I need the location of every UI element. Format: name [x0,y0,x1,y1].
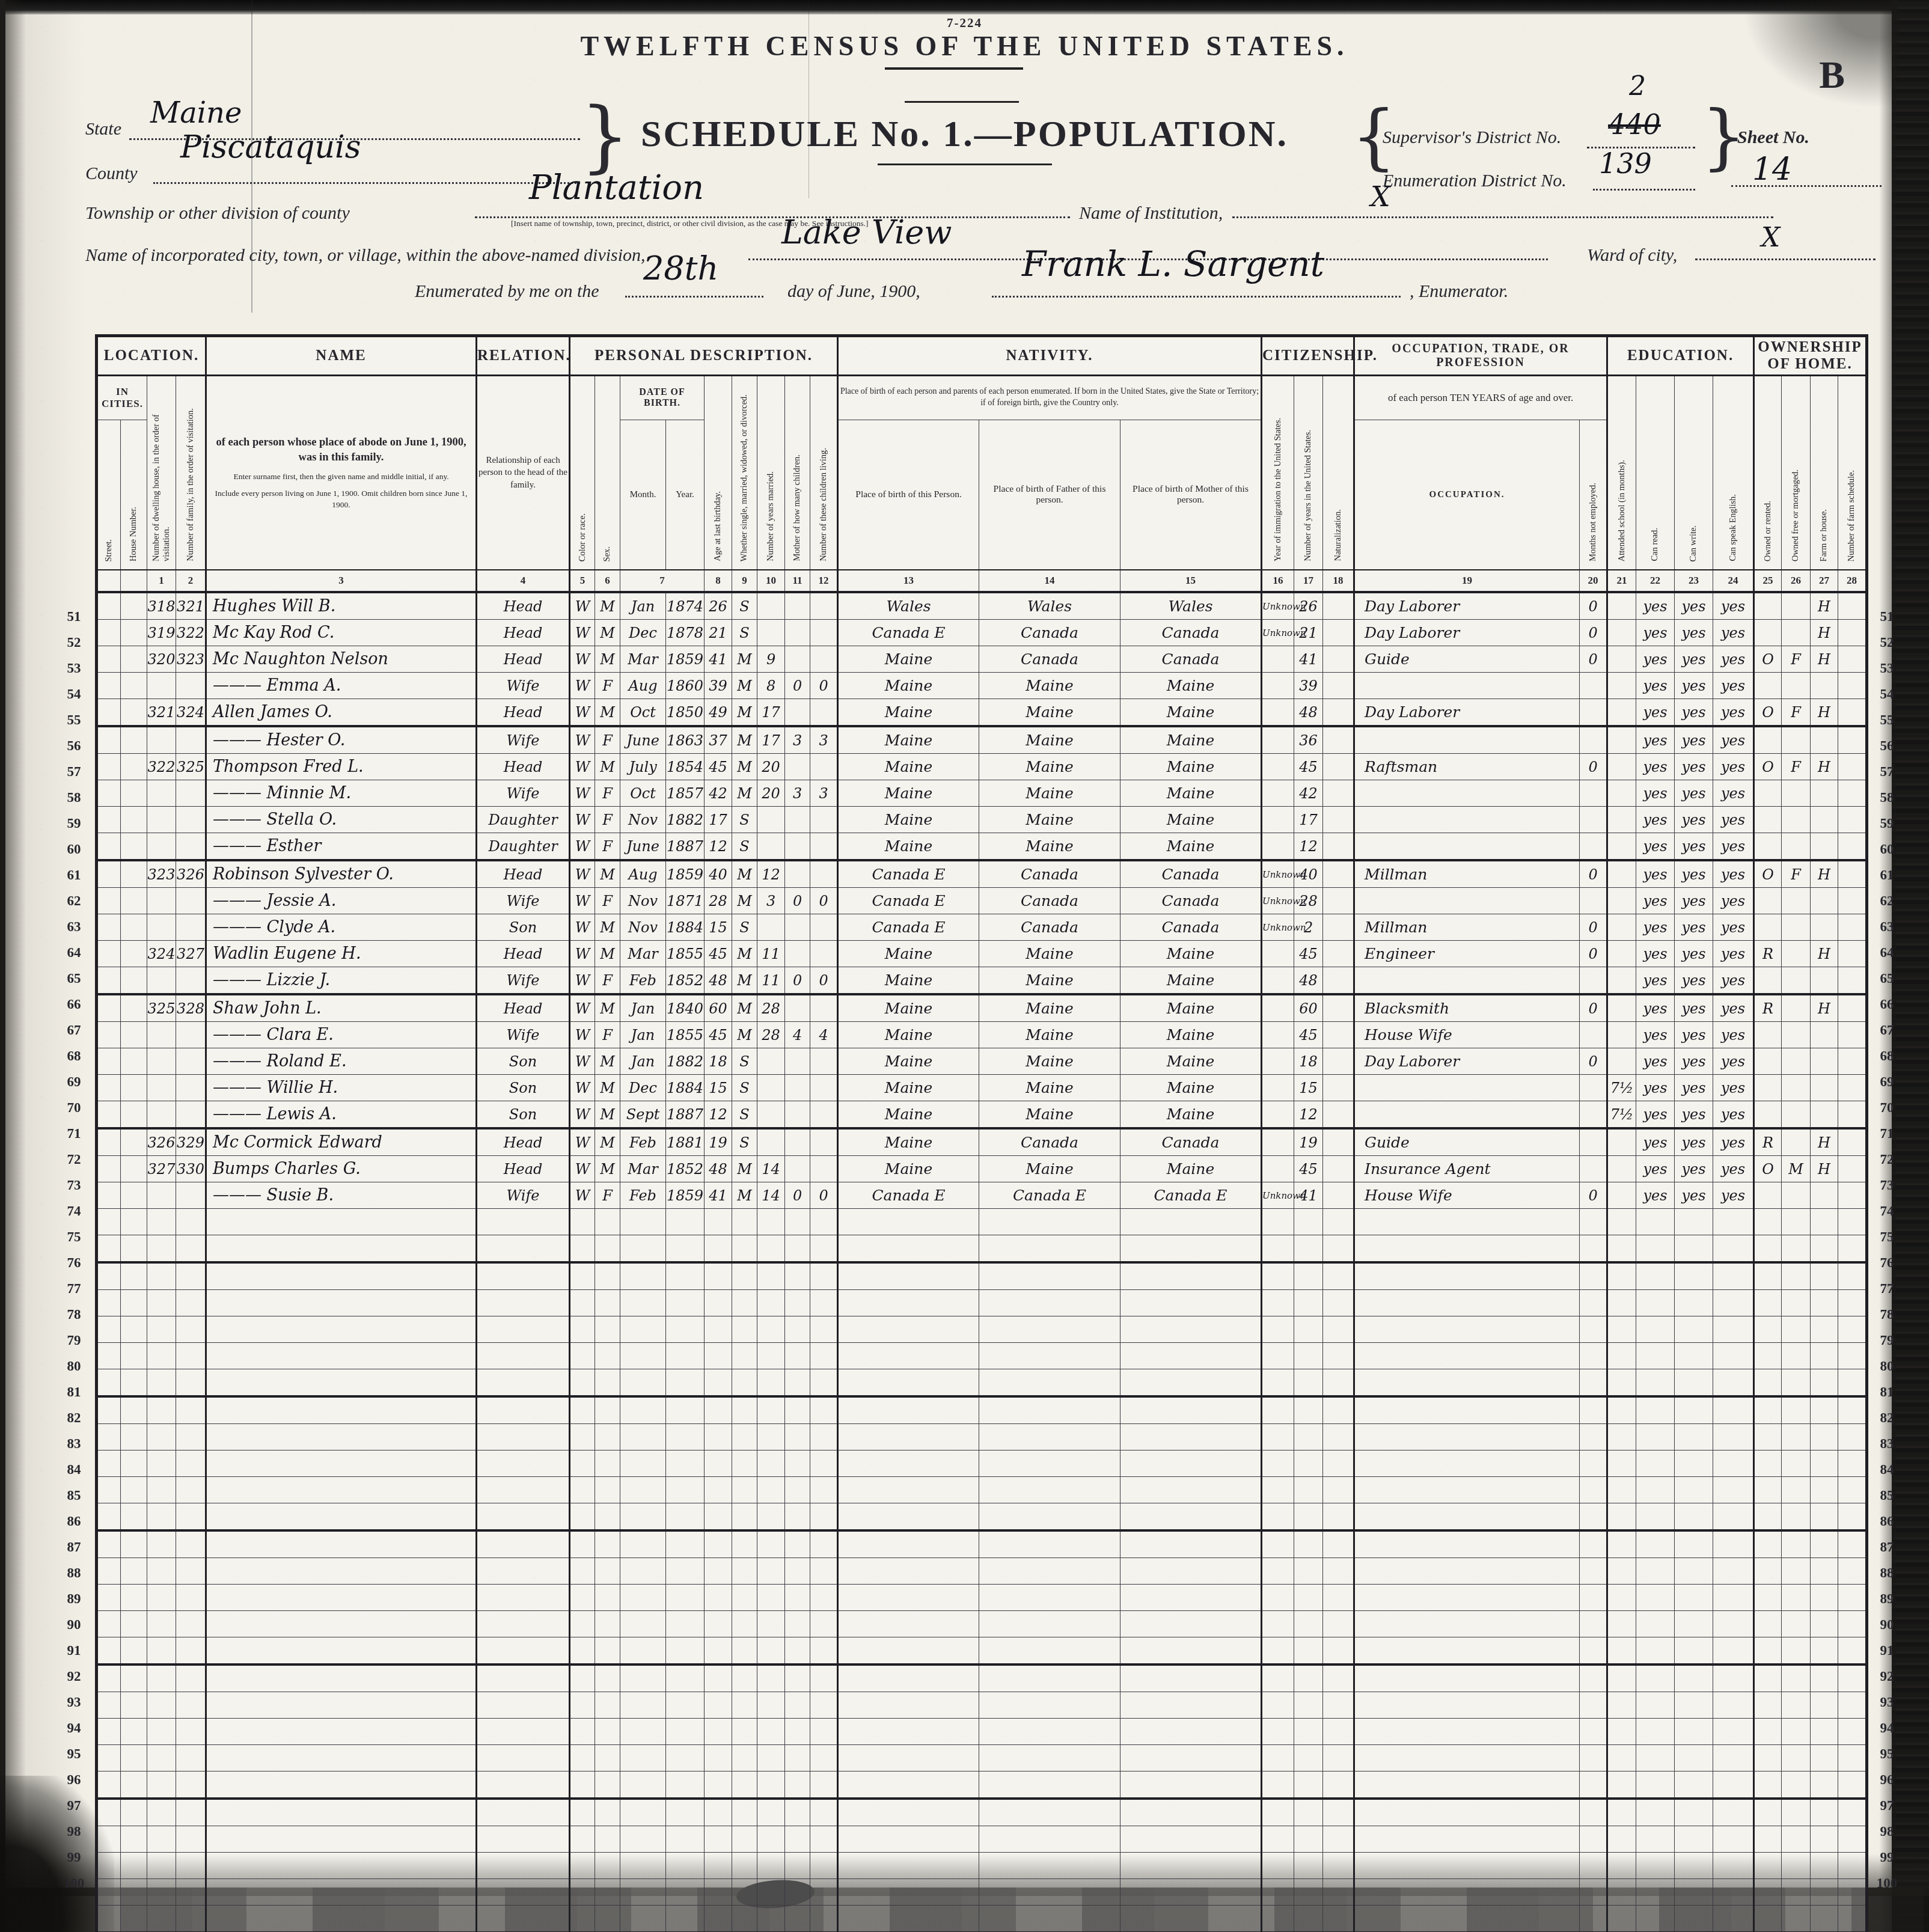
cell-sc [1607,807,1636,833]
cell-bf: Maine [979,967,1120,995]
cell-nm: ——— Clyde A. [206,914,477,941]
cell-yu: 17 [1294,807,1323,833]
cell-fh [1811,914,1838,941]
cell-fm [1782,807,1811,833]
col-farm-schedule: Number of farm schedule. [1838,376,1867,570]
cell-nm: Mc Cormick Edward [206,1128,477,1156]
row-number: 69 [58,1069,90,1095]
col-age: Age at last birthday. [705,376,732,570]
cell-re [477,1262,570,1290]
col-mother-of-children: Mother of how many children. [785,376,810,570]
col-years-married: Number of years married. [757,376,785,570]
column-number: 4 [477,570,570,592]
cell-nm: Thompson Fred L. [206,754,477,780]
cell-yr [666,1719,705,1745]
cell-bp [838,1235,979,1263]
cell-rd [1636,1719,1675,1745]
cell-ow [1754,914,1782,941]
cell-ow [1754,1235,1782,1263]
row-number: 96 [58,1767,90,1793]
cell-rd [1636,1503,1675,1531]
cell-fa [176,1396,206,1424]
cell-fh [1811,726,1838,754]
table-row: 318321Hughes Will B.HeadWMJan187426SWale… [97,592,1867,620]
cell-ag [705,1290,732,1316]
cell-wr [1675,1879,1713,1906]
cell-mc: 3 [785,780,810,807]
row-number: 88 [58,1560,90,1586]
cell-ma [732,1745,757,1772]
cell-mc [785,1799,810,1826]
cell-mc [785,1451,810,1477]
cell-yu [1294,1558,1323,1585]
cell-im [1262,1316,1294,1343]
cell-im [1262,1530,1294,1558]
column-number: 10 [757,570,785,592]
cell-mc [785,1075,810,1101]
cell-fm [1782,1075,1811,1101]
cell-re: Wife [477,967,570,995]
cell-ma: M [732,967,757,995]
cell-nm: Wadlin Eugene H. [206,941,477,967]
column-number: 14 [979,570,1120,592]
cell-ue [1580,1637,1607,1665]
cell-bp [838,1637,979,1665]
cell-dw [147,1343,176,1369]
cell-bf [979,1316,1120,1343]
cell-re [477,1826,570,1853]
row-number: 75 [58,1224,90,1250]
cell-na [1323,1369,1354,1397]
table-row: 322325Thompson Fred L.HeadWMJuly185445M2… [97,754,1867,780]
scan-edge-top [0,0,1929,14]
cell-bm: Maine [1120,1156,1262,1182]
cell-ue [1580,1558,1607,1585]
row-number: 62 [1871,888,1903,914]
cell-rd: yes [1636,1101,1675,1129]
table-row: ——— Emma A.WifeWFAug186039M800MaineMaine… [97,673,1867,699]
cell-bf: Canada [979,888,1120,914]
cell-sc [1607,1853,1636,1879]
cell-st [97,754,121,780]
cell-sc [1607,888,1636,914]
cell-ue [1580,1719,1607,1745]
col-name-desc: of each person whose place of abode on J… [206,376,477,570]
cell-co: W [570,1128,595,1156]
row-number: 95 [1871,1741,1903,1767]
col-children-living: Number of these children living. [810,376,838,570]
cell-co: W [570,1075,595,1101]
cell-co: W [570,914,595,941]
cell-nm [206,1665,477,1692]
cell-mo: Dec [620,1075,666,1101]
cell-yr [666,1853,705,1879]
cell-wr: yes [1675,807,1713,833]
col-house-number: House Number. [121,420,147,570]
cell-nm: Mc Kay Rod C. [206,620,477,646]
row-number: 93 [58,1689,90,1715]
cell-ym: 17 [757,726,785,754]
group-ownership: OWNERSHIP OF HOME. [1754,336,1867,376]
cell-re [477,1585,570,1611]
cell-fa [176,1906,206,1932]
cell-fh [1811,1503,1838,1531]
cell-sp: yes [1713,1128,1754,1156]
cell-wr [1675,1585,1713,1611]
cell-oc [1354,726,1580,754]
cell-im [1262,1343,1294,1369]
cell-ag: 45 [705,754,732,780]
cell-ag [705,1745,732,1772]
cell-ue: 0 [1580,646,1607,673]
cell-fh [1811,1075,1838,1101]
cell-co: W [570,833,595,861]
row-number: 95 [58,1741,90,1767]
cell-dw [147,807,176,833]
cell-bm [1120,1772,1262,1799]
cell-bm: Maine [1120,833,1262,861]
table-row: ——— EstherDaughterWFJune188712SMaineMain… [97,833,1867,861]
cell-dw: 326 [147,1128,176,1156]
cell-oc [1354,1611,1580,1637]
cell-co: W [570,1048,595,1075]
cell-sx [595,1826,620,1853]
cell-mo [620,1558,666,1585]
cell-cl [810,1075,838,1101]
cell-bm [1120,1209,1262,1235]
cell-co: W [570,941,595,967]
cell-sp [1713,1853,1754,1879]
cell-nm: Mc Naughton Nelson [206,646,477,673]
cell-dw [147,1611,176,1637]
col-immigration-year: Year of immigration to the United States… [1262,376,1294,570]
cell-cl: 3 [810,726,838,754]
cell-im: Unknown [1262,592,1294,620]
column-number: 12 [810,570,838,592]
cell-bf: Maine [979,754,1120,780]
cell-mc [785,1772,810,1799]
cell-co: W [570,1022,595,1048]
cell-mc [785,754,810,780]
cell-im [1262,807,1294,833]
table-row: ——— Lewis A.SonWMSept188712SMaineMaineMa… [97,1101,1867,1129]
cell-cl [810,1692,838,1719]
cell-yr [666,1879,705,1906]
cell-yr [666,1235,705,1263]
cell-yr: 1859 [666,1182,705,1209]
cell-oc [1354,1235,1580,1263]
cell-fs [1838,1558,1867,1585]
cell-ma: M [732,646,757,673]
cell-sx [595,1665,620,1692]
column-number: 6 [595,570,620,592]
cell-nm: ——— Hester O. [206,726,477,754]
cell-fa [176,1692,206,1719]
cell-fs [1838,833,1867,861]
cell-wr [1675,1530,1713,1558]
cell-fa [176,1290,206,1316]
cell-mc: 0 [785,673,810,699]
cell-ym: 12 [757,860,785,888]
cell-fm [1782,1369,1811,1397]
cell-mc [785,1637,810,1665]
cell-fh [1811,1558,1838,1585]
cell-bp [838,1290,979,1316]
row-number: 57 [58,759,90,784]
table-row: ——— Stella O.DaughterWFNov188217SMaineMa… [97,807,1867,833]
cell-ho [121,1558,147,1585]
cell-im [1262,1477,1294,1503]
cell-sx: M [595,860,620,888]
cell-sc [1607,754,1636,780]
cell-oc [1354,1477,1580,1503]
cell-fs [1838,1396,1867,1424]
cell-ag: 45 [705,1022,732,1048]
cell-ma [732,1369,757,1397]
cell-wr: yes [1675,1128,1713,1156]
cell-rd: yes [1636,673,1675,699]
cell-nm: ——— Jessie A. [206,888,477,914]
cell-ho [121,1235,147,1263]
cell-co [570,1209,595,1235]
cell-ho [121,1477,147,1503]
cell-mo [620,1396,666,1424]
cell-yu [1294,1316,1323,1343]
cell-bm: Maine [1120,1101,1262,1129]
cell-sc [1607,699,1636,727]
cell-yu [1294,1719,1323,1745]
cell-ma: M [732,860,757,888]
cell-ue: 0 [1580,914,1607,941]
cell-yr [666,1343,705,1369]
cell-fm [1782,1128,1811,1156]
cell-ma: S [732,1048,757,1075]
cell-sp: yes [1713,754,1754,780]
table-row [97,1262,1867,1290]
cell-re [477,1369,570,1397]
supervisor-crossed-value: 440 [1608,108,1661,141]
cell-cl [810,807,838,833]
table-row: ——— Clyde A.SonWMNov188415SCanada ECanad… [97,914,1867,941]
cell-na [1323,1316,1354,1343]
village-value: Lake View [781,213,952,251]
cell-mc [785,994,810,1022]
cell-nm [206,1235,477,1263]
cell-ma [732,1853,757,1879]
table-row [97,1772,1867,1799]
cell-fm [1782,941,1811,967]
cell-oc [1354,1290,1580,1316]
cell-ag [705,1585,732,1611]
cell-rd: yes [1636,833,1675,861]
cell-fs [1838,1665,1867,1692]
cell-bm: Canada [1120,646,1262,673]
cell-sx [595,1611,620,1637]
cell-sx: F [595,726,620,754]
cell-ue [1580,1503,1607,1531]
cell-cl [810,1558,838,1585]
cell-fa [176,726,206,754]
cell-ow [1754,1182,1782,1209]
cell-ma: M [732,1022,757,1048]
cell-fm [1782,1637,1811,1665]
cell-co [570,1585,595,1611]
cell-sp: yes [1713,1022,1754,1048]
cell-ym: 3 [757,888,785,914]
cell-yu [1294,1799,1323,1826]
col-naturalization: Naturalization. [1323,376,1354,570]
cell-ma [732,1879,757,1906]
cell-mo [620,1826,666,1853]
cell-co: W [570,1156,595,1182]
cell-im [1262,1585,1294,1611]
cell-ho [121,646,147,673]
cell-cl [810,1048,838,1075]
col-birthplace-father: Place of birth of Father of this person. [979,420,1120,570]
cell-ag: 17 [705,807,732,833]
cell-ow [1754,833,1782,861]
cell-bf [979,1745,1120,1772]
cell-ue: 0 [1580,941,1607,967]
cell-mo: Aug [620,673,666,699]
cell-cl [810,1772,838,1799]
column-number: 16 [1262,570,1294,592]
cell-ow [1754,1396,1782,1424]
cell-rd [1636,1853,1675,1879]
col-dwelling-number: Number of dwelling house, in the order o… [147,376,176,570]
cell-fs [1838,1853,1867,1879]
cell-fh [1811,1799,1838,1826]
cell-mc [785,1048,810,1075]
cell-ow [1754,1826,1782,1853]
cell-fm [1782,1585,1811,1611]
cell-co: W [570,1182,595,1209]
row-number: 87 [1871,1534,1903,1560]
cell-re: Son [477,1048,570,1075]
cell-bf: Maine [979,726,1120,754]
cell-oc [1354,1637,1580,1665]
cell-mo [620,1451,666,1477]
cell-co: W [570,699,595,727]
cell-bp [838,1692,979,1719]
col-occupation: OCCUPATION. [1354,420,1580,570]
cell-fa [176,1209,206,1235]
cell-yr [666,1665,705,1692]
row-number: 72 [1871,1146,1903,1172]
cell-na [1323,1853,1354,1879]
row-number: 80 [58,1353,90,1379]
cell-ag [705,1665,732,1692]
cell-mo [620,1585,666,1611]
cell-re [477,1611,570,1637]
cell-oc [1354,1101,1580,1129]
cell-co [570,1369,595,1397]
cell-yu [1294,1906,1323,1932]
cell-ow [1754,1719,1782,1745]
cell-dw [147,967,176,995]
cell-ym [757,1503,785,1531]
row-number: 74 [1871,1198,1903,1224]
cell-bp [838,1611,979,1637]
col-can-write: Can write. [1675,376,1713,570]
cell-wr [1675,1637,1713,1665]
cell-re: Daughter [477,833,570,861]
cell-sc [1607,1611,1636,1637]
group-personal-description: PERSONAL DESCRIPTION. [570,336,838,376]
cell-sx [595,1343,620,1369]
cell-im: Unknown [1262,888,1294,914]
cell-nm [206,1906,477,1932]
cell-cl [810,620,838,646]
cell-im [1262,967,1294,995]
table-row [97,1665,1867,1692]
cell-ym [757,1799,785,1826]
table-row: ——— Minnie M.WifeWFOct185742M2033MaineMa… [97,780,1867,807]
cell-nm [206,1558,477,1585]
cell-fs [1838,592,1867,620]
cell-bf [979,1665,1120,1692]
cell-fh [1811,1719,1838,1745]
col-sex: Sex. [595,376,620,570]
col-free-mortgaged: Owned free or mortgaged. [1782,376,1811,570]
cell-im: Unknown [1262,1182,1294,1209]
row-number: 61 [1871,862,1903,888]
cell-ue [1580,1235,1607,1263]
cell-yr [666,1558,705,1585]
column-number: 27 [1811,570,1838,592]
cell-fs [1838,1128,1867,1156]
cell-fa: 330 [176,1156,206,1182]
cell-wr [1675,1369,1713,1397]
cell-nm: ——— Willie H. [206,1075,477,1101]
cell-fs [1838,1745,1867,1772]
cell-ag [705,1692,732,1719]
cell-wr: yes [1675,673,1713,699]
cell-fh: H [1811,620,1838,646]
cell-ho [121,1503,147,1531]
cell-ma: M [732,1182,757,1209]
cell-ue: 0 [1580,620,1607,646]
cell-rd [1636,1879,1675,1906]
cell-bp: Canada E [838,620,979,646]
row-number: 65 [58,965,90,991]
cell-nm [206,1343,477,1369]
cell-bf [979,1530,1120,1558]
cell-bm [1120,1719,1262,1745]
cell-co [570,1719,595,1745]
cell-st [97,967,121,995]
cell-dw [147,1530,176,1558]
cell-fs [1838,1530,1867,1558]
cell-fm [1782,1826,1811,1853]
enumerator-label: , Enumerator. [1410,281,1508,302]
cell-ue [1580,833,1607,861]
cell-cl: 4 [810,1022,838,1048]
cell-fs [1838,1906,1867,1932]
col-owned-rented: Owned or rented. [1754,376,1782,570]
cell-yr: 1857 [666,780,705,807]
table-row [97,1424,1867,1451]
cell-fh: H [1811,699,1838,727]
cell-yu [1294,1396,1323,1424]
cell-ho [121,914,147,941]
group-citizenship: CITIZENSHIP. [1262,336,1354,376]
cell-bp [838,1369,979,1397]
cell-co [570,1477,595,1503]
cell-bp [838,1503,979,1531]
cell-fh [1811,1235,1838,1263]
row-number: 56 [58,733,90,759]
